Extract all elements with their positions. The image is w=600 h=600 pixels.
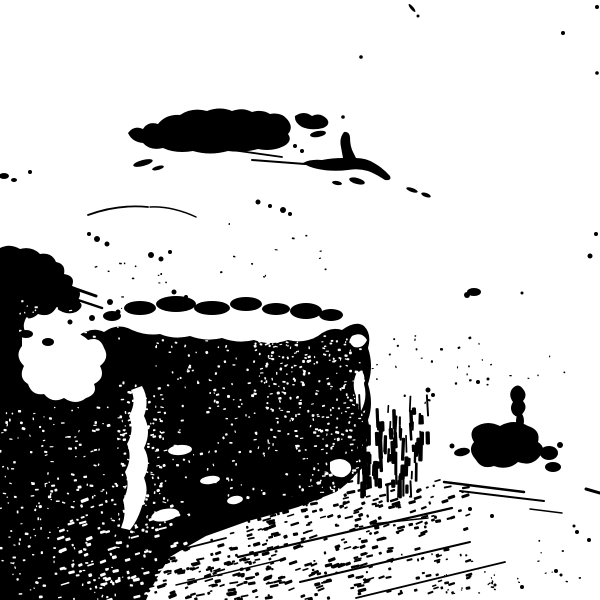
- binary-landscape-figure: [0, 0, 600, 600]
- screenshot-root: [0, 0, 600, 600]
- threshold-art: [0, 0, 600, 600]
